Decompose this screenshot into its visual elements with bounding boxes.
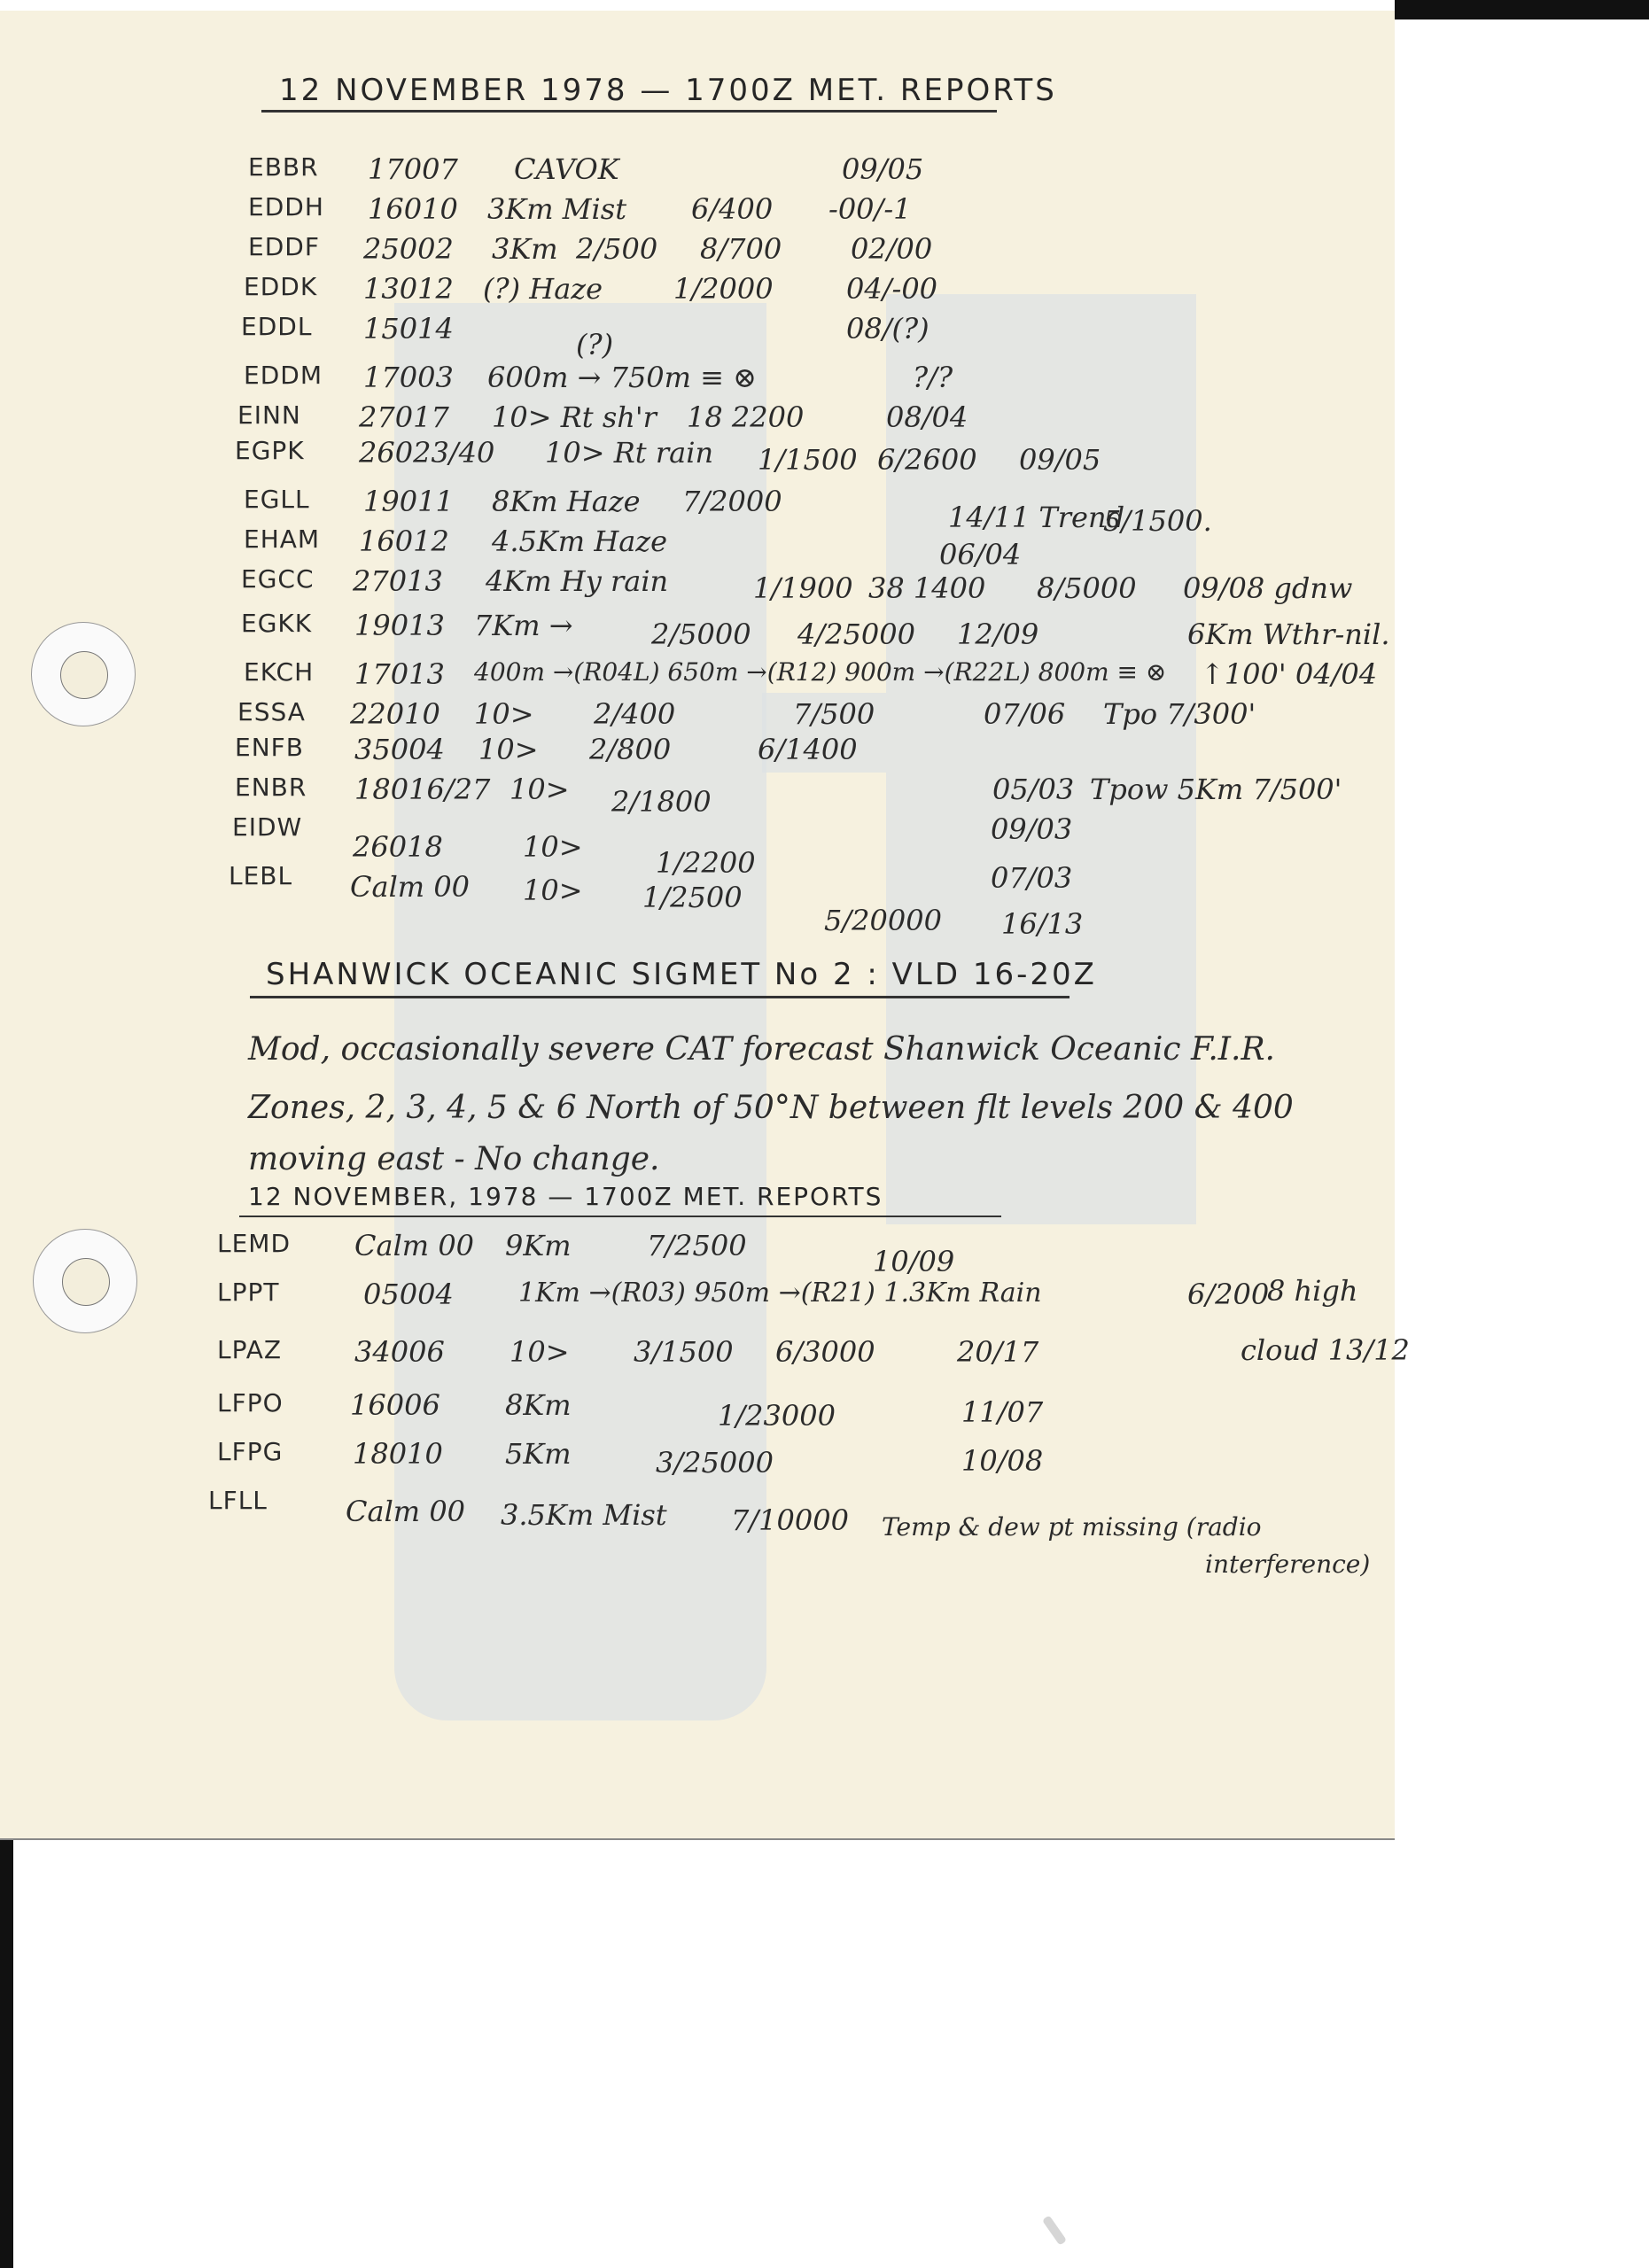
- table-row: EINN2701710> Rt sh'r18 220008/04: [0, 400, 1395, 436]
- paper-sheet: 12 NOVEMBER 1978 — 1700Z MET. REPORTS EB…: [0, 11, 1395, 1840]
- temp-dewpoint: 05/03: [992, 773, 1074, 806]
- scanner-edge-top: [1395, 0, 1649, 19]
- station-code: EGLL: [244, 485, 310, 514]
- section1-title-underline: [261, 110, 997, 113]
- cloud-2: 7/500: [793, 697, 875, 731]
- table-row: ENFB3500410>2/8006/1400: [0, 733, 1395, 768]
- visibility-weather: 9Km: [505, 1229, 572, 1262]
- cloud-1: 1/2500: [642, 881, 743, 914]
- station-code: LEMD: [217, 1229, 291, 1258]
- wind: 13012: [363, 272, 454, 306]
- remark: cloud 13/12: [1241, 1333, 1410, 1367]
- sigmet-line: Mod, occasionally severe CAT forecast Sh…: [248, 1031, 1275, 1068]
- temp-dewpoint: 08/04: [886, 400, 968, 434]
- temp-dewpoint: 12/09: [957, 617, 1038, 651]
- station-code: EBBR: [248, 152, 319, 182]
- temp-dewpoint: 20/17: [957, 1335, 1038, 1369]
- wind: Calm 00: [354, 1229, 474, 1262]
- temp-dewpoint-2: 16/13: [1001, 907, 1083, 941]
- cloud-1: 7/2500: [647, 1229, 747, 1262]
- station-code: EDDF: [248, 232, 320, 261]
- visibility-weather: 8Km: [505, 1388, 572, 1422]
- visibility-weather: 10>: [474, 697, 534, 731]
- sigmet-line: moving east - No change.: [248, 1141, 660, 1177]
- cloud-1: 2/800: [589, 733, 671, 766]
- table-row: EIDW2601810>1/220009/03: [0, 812, 1395, 848]
- temp-dewpoint: 08/(?): [846, 312, 930, 346]
- wind: 27013: [353, 564, 443, 598]
- cloud-1: 3/25000: [656, 1446, 774, 1480]
- wind: 19011: [363, 485, 454, 518]
- cloud-2: 8/700: [700, 232, 782, 266]
- wind: 16010: [368, 192, 458, 226]
- cloud-1: 2/500: [576, 232, 657, 266]
- sigmet-title-underline: [250, 996, 1070, 998]
- visibility-weather: 10> Rt sh'r: [492, 400, 657, 434]
- station-code: EKCH: [244, 657, 314, 687]
- visibility-weather: 3Km: [492, 232, 558, 266]
- station-code: LPPT: [217, 1278, 279, 1307]
- section2-title: 12 NOVEMBER, 1978 — 1700Z MET. REPORTS: [248, 1182, 883, 1211]
- table-row: EGLL190118Km Haze7/200014/11 Trend5/1500…: [0, 485, 1395, 520]
- table-row: LEBLCalm 0010>1/25005/2000007/0316/13: [0, 861, 1395, 897]
- cloud-1: 2/5000: [651, 617, 751, 651]
- station-code: LEBL: [229, 861, 292, 890]
- cloud-1: 1/23000: [718, 1399, 836, 1433]
- station-code: ENFB: [235, 733, 304, 762]
- wind: 16012: [359, 524, 449, 558]
- table-row: EDDL15014(?)08/(?): [0, 312, 1395, 347]
- tempo-remark: Tpow 5Km 7/500': [1090, 773, 1342, 806]
- section1-title: 12 NOVEMBER 1978 — 1700Z MET. REPORTS: [279, 73, 1057, 108]
- station-code: ESSA: [237, 697, 306, 726]
- table-row: ENBR18016/2710>2/180005/03Tpow 5Km 7/500…: [0, 773, 1395, 808]
- visibility-weather: 3.5Km Mist: [501, 1498, 667, 1532]
- wind: Calm 00: [346, 1495, 465, 1528]
- cloud-2: 6/2600: [877, 443, 977, 477]
- station-code: LPAZ: [217, 1335, 282, 1364]
- cloud-2: 6/1400: [758, 733, 858, 766]
- cloud-2: 6/3000: [775, 1335, 875, 1369]
- visibility-rvr: 1Km →(R03) 950m →(R21) 1.3Km Rain: [518, 1278, 1042, 1309]
- table-row: LFLLCalm 003.5Km Mist7/10000Temp & dew p…: [0, 1486, 1395, 1521]
- table-row: EDDF250023Km2/5008/70002/00: [0, 232, 1395, 268]
- temp-dewpoint: 11/07: [961, 1395, 1043, 1429]
- wind: 18010: [353, 1437, 443, 1471]
- cloud-1: 1/1900: [753, 571, 853, 605]
- visibility-weather: 10>: [523, 830, 583, 864]
- station-code: EHAM: [244, 524, 320, 554]
- station-code: EINN: [237, 400, 301, 430]
- visibility-weather: 8Km Haze: [492, 485, 641, 518]
- tempo-remark: Tpo 7/300': [1103, 697, 1256, 731]
- wind: 16006: [350, 1388, 440, 1422]
- scan-speck: [1042, 2215, 1067, 2245]
- cloud-1: 7/10000: [731, 1503, 849, 1537]
- cloud-2: 5/20000: [824, 904, 942, 937]
- wind: 17003: [363, 361, 454, 394]
- station-code: EGPK: [235, 436, 305, 465]
- wind: 35004: [354, 733, 445, 766]
- cloud-1: 6/200: [1187, 1278, 1269, 1311]
- visibility-weather: (?): [576, 328, 613, 361]
- temp-dewpoint: 09/05: [842, 152, 923, 186]
- station-code: EDDM: [244, 361, 323, 390]
- wind: 05004: [363, 1278, 454, 1311]
- remark-continued: interference): [1205, 1550, 1370, 1579]
- visibility-weather: (?) Haze: [483, 272, 603, 306]
- station-code: LFPG: [217, 1437, 283, 1466]
- temp-dewpoint: 09/05: [1019, 443, 1101, 477]
- visibility-weather: 7Km →: [474, 609, 573, 642]
- cloud-2: 4/25000: [797, 617, 915, 651]
- temp-dewpoint: 07/06: [984, 697, 1065, 731]
- visibility-weather: 10>: [509, 1335, 570, 1369]
- cloud-1: 7/2000: [682, 485, 782, 518]
- visibility-weather: 10>: [509, 773, 570, 806]
- table-row: EDDM17003600m → 750m ≡ ⊗?/?: [0, 361, 1395, 396]
- temp-dewpoint: 09/03: [991, 812, 1072, 846]
- station-code: EDDL: [241, 312, 312, 341]
- table-row: LPAZ3400610>3/15006/300020/17cloud 13/12: [0, 1335, 1395, 1371]
- visibility-weather: 600m → 750m ≡ ⊗: [487, 361, 757, 394]
- temp-dewpoint: 10/08: [961, 1444, 1043, 1478]
- visibility-rvr: 400m →(R04L) 650m →(R12) 900m →(R22L) 80…: [474, 657, 1166, 687]
- table-row: LEMDCalm 009Km7/250010/09: [0, 1229, 1395, 1264]
- visibility-weather: CAVOK: [514, 152, 619, 186]
- cloud-1: 1/1500: [758, 443, 858, 477]
- cloud-1: 18 2200: [687, 400, 804, 434]
- station-code: ENBR: [235, 773, 307, 802]
- sigmet-line: Zones, 2, 3, 4, 5 & 6 North of 50°N betw…: [248, 1090, 1294, 1126]
- station-code: EDDK: [244, 272, 317, 301]
- station-code: EDDH: [248, 192, 324, 221]
- table-row: EHAM160124.5Km Haze06/04: [0, 524, 1395, 560]
- visibility-weather: 3Km Mist: [487, 192, 626, 226]
- station-code: LFLL: [208, 1486, 268, 1515]
- wind: 27017: [359, 400, 449, 434]
- table-row: EDDH160103Km Mist6/400-00/-1: [0, 192, 1395, 228]
- table-row: LFPO160068Km1/2300011/07: [0, 1388, 1395, 1424]
- temp-dewpoint: ?/?: [913, 361, 953, 394]
- vertical-vis-temp: ↑100' 04/04: [1201, 657, 1377, 691]
- wind: 15014: [363, 312, 454, 346]
- temp-dewpoint: 02/00: [851, 232, 932, 266]
- table-row: LPPT050041Km →(R03) 950m →(R21) 1.3Km Ra…: [0, 1278, 1395, 1313]
- cloud-1: 2/400: [594, 697, 675, 731]
- wind: 17007: [368, 152, 458, 186]
- table-row: EKCH17013400m →(R04L) 650m →(R12) 900m →…: [0, 657, 1395, 693]
- cloud-1: 3/1500: [634, 1335, 734, 1369]
- wind: 25002: [363, 232, 454, 266]
- visibility-weather: 4.5Km Haze: [492, 524, 667, 558]
- temp-dewpoint: 07/03: [991, 861, 1072, 895]
- station-code: EGKK: [241, 609, 312, 638]
- temp-dewpoint: 04/-00: [846, 272, 937, 306]
- remark: Temp & dew pt missing (radio: [882, 1512, 1262, 1542]
- station-code: EGCC: [241, 564, 315, 594]
- table-row: EGCC270134Km Hy rain1/190038 14008/50000…: [0, 564, 1395, 600]
- wind: 26023/40: [359, 436, 494, 470]
- wind: 26018: [353, 830, 443, 864]
- cloud-3: 8/5000: [1037, 571, 1137, 605]
- table-row: EDDK13012(?) Haze1/200004/-00: [0, 272, 1395, 307]
- sigmet-title: SHANWICK OCEANIC SIGMET No 2 : VLD 16-20…: [266, 957, 1097, 992]
- wind: 22010: [350, 697, 440, 731]
- wind: Calm 00: [350, 870, 470, 904]
- cloud-1: 6/400: [691, 192, 773, 226]
- visibility-weather: 5Km: [505, 1437, 572, 1471]
- remark: 8 high: [1267, 1274, 1357, 1308]
- visibility-weather: 10>: [523, 874, 583, 907]
- table-row: LFPG180105Km3/2500010/08: [0, 1437, 1395, 1472]
- wind: 19013: [354, 609, 445, 642]
- table-row: EGKK190137Km →2/50004/2500012/096Km Wthr…: [0, 609, 1395, 644]
- scanner-edge-left: [0, 1840, 13, 2268]
- section2-title-underline: [239, 1216, 1001, 1217]
- station-code: LFPO: [217, 1388, 284, 1417]
- table-row: ESSA2201010>2/4007/50007/06Tpo 7/300': [0, 697, 1395, 733]
- wind: 34006: [354, 1335, 445, 1369]
- remark: 6Km Wthr-nil.: [1187, 617, 1390, 651]
- cloud-2: 38 1400: [868, 571, 985, 605]
- temp-dewpoint: -00/-1: [828, 192, 911, 226]
- wind: 18016/27: [354, 773, 490, 806]
- visibility-weather: 10> Rt rain: [545, 436, 713, 470]
- temp-dewpoint: 10/09: [873, 1245, 954, 1278]
- wind: 17013: [354, 657, 445, 691]
- table-row: EGPK26023/4010> Rt rain1/15006/260009/05: [0, 436, 1395, 471]
- temp-dewpoint-remark: 09/08 gdnw: [1183, 571, 1352, 605]
- cloud-1: 1/2000: [673, 272, 774, 306]
- station-code: EIDW: [232, 812, 302, 842]
- visibility-weather: 10>: [478, 733, 539, 766]
- table-row: EBBR17007CAVOK09/05: [0, 152, 1395, 188]
- visibility-weather: 4Km Hy rain: [486, 564, 668, 598]
